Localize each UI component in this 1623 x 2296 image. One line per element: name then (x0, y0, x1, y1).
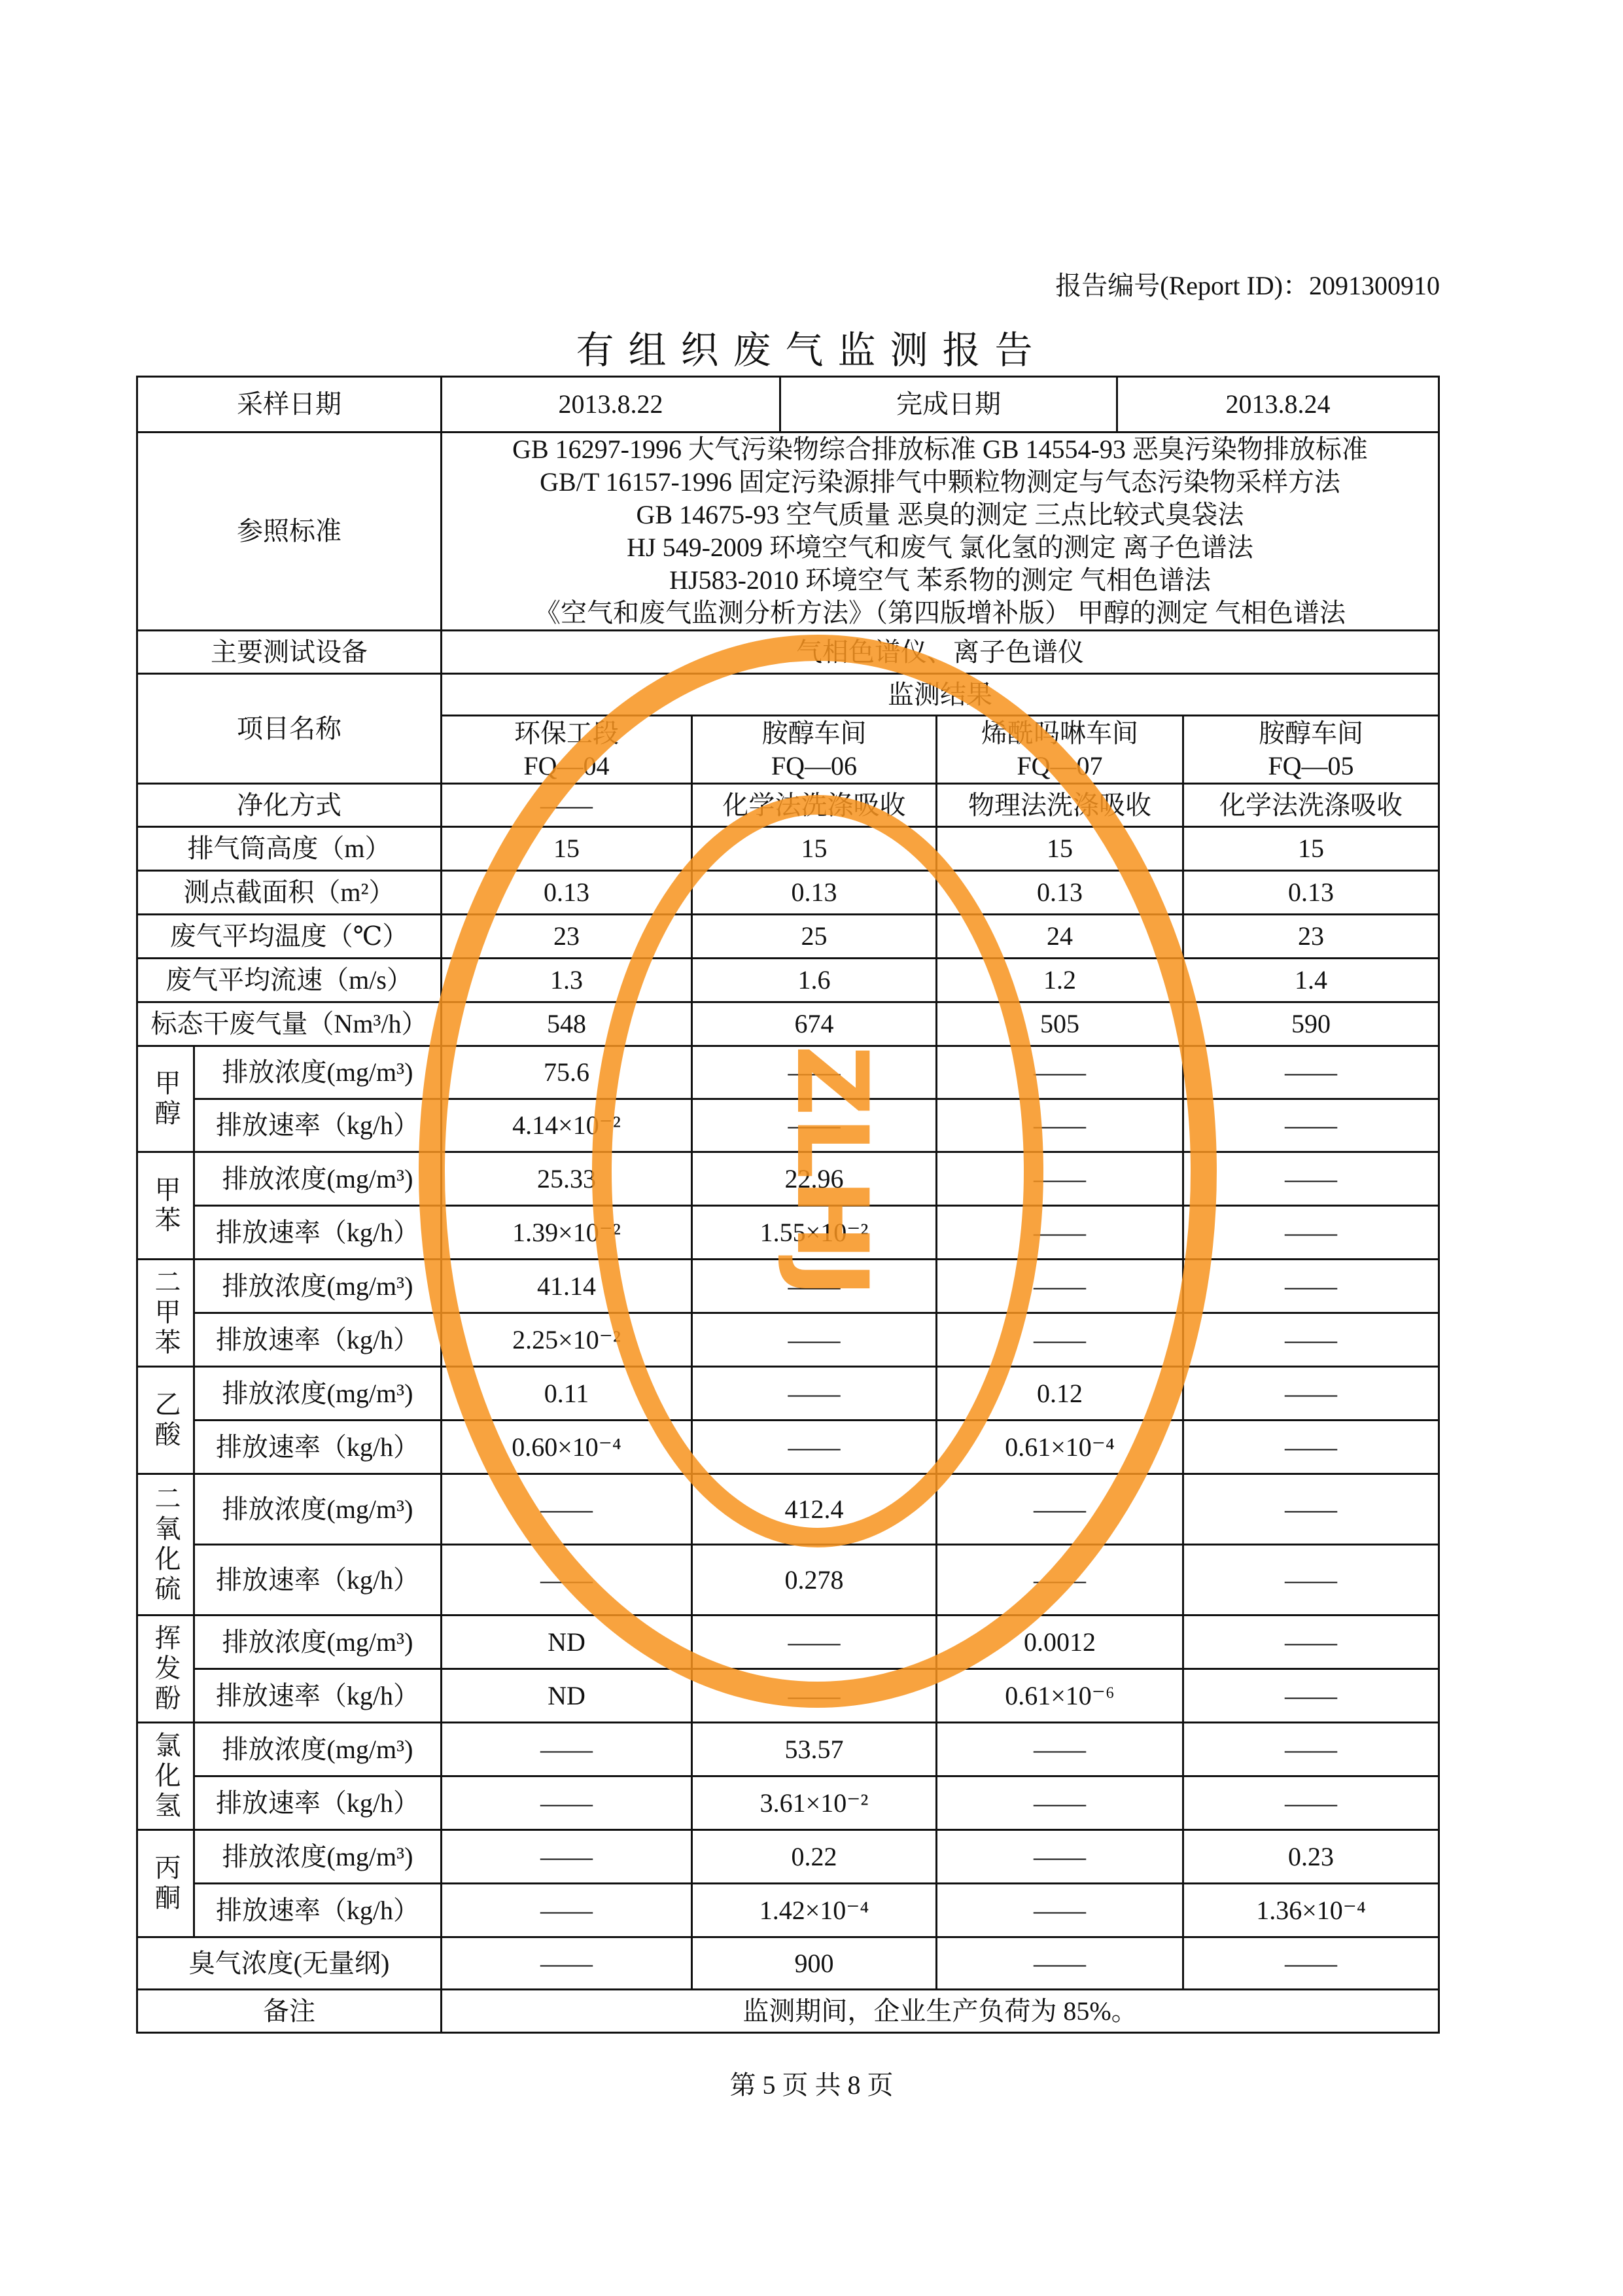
workshop-name: 环保工段 (446, 717, 687, 750)
measure-label: 排放速率（kg/h） (194, 1099, 442, 1152)
value-cell: 化学法洗涤吸收 (692, 784, 937, 827)
value-cell: 0.13 (1183, 871, 1439, 915)
table-row: 甲醇排放浓度(mg/m³)75.6—————— (137, 1046, 1439, 1099)
measure-label: 排放浓度(mg/m³) (194, 1474, 442, 1545)
table-row: 排放速率（kg/h）2.25×10⁻²—————— (137, 1313, 1439, 1367)
table-row: 排放速率（kg/h）4.14×10⁻²—————— (137, 1099, 1439, 1152)
workshop-name: 胺醇车间 (697, 717, 932, 750)
value-cell: 505 (937, 1002, 1183, 1046)
standard-item: GB/T 16157-1996 固定污染源排气中颗粒物测定与气态污染物采样方法 (446, 466, 1434, 499)
standard-item: GB 14675-93 空气质量 恶臭的测定 三点比较式臭袋法 (446, 499, 1434, 531)
value-cell: 1.36×10⁻⁴ (1183, 1884, 1439, 1937)
table-row: 废气平均温度（℃）23252423 (137, 915, 1439, 959)
outlet-code: FQ—05 (1188, 750, 1434, 783)
value-cell: 0.13 (937, 871, 1183, 915)
value-cell: 1.39×10⁻² (442, 1206, 692, 1260)
column-header: 胺醇车间FQ—06 (692, 716, 937, 784)
standards-label: 参照标准 (137, 433, 442, 631)
value-cell: —— (1183, 1046, 1439, 1099)
value-cell: 15 (442, 827, 692, 871)
value-cell: 23 (442, 915, 692, 959)
value-cell: 0.11 (442, 1367, 692, 1421)
value-cell: 0.23 (1183, 1830, 1439, 1884)
value-cell: —— (442, 1937, 692, 1990)
value-cell: 1.42×10⁻⁴ (692, 1884, 937, 1937)
value-cell: —— (442, 784, 692, 827)
value-cell: ND (442, 1669, 692, 1723)
value-cell: —— (442, 1545, 692, 1616)
pollutant-name: 二氧化硫 (137, 1474, 194, 1616)
value-cell: —— (442, 1776, 692, 1830)
value-cell: 1.4 (1183, 959, 1439, 1002)
value-cell: —— (1183, 1313, 1439, 1367)
finish-date-label: 完成日期 (780, 378, 1117, 431)
value-cell: —— (937, 1545, 1183, 1616)
measure-label: 排放浓度(mg/m³) (194, 1723, 442, 1776)
monitoring-report-table: 采样日期 2013.8.22 完成日期 2013.8.24 参照标准 GB 16… (136, 376, 1440, 2034)
value-cell: 41.14 (442, 1260, 692, 1313)
item-name-label: 项目名称 (137, 674, 442, 784)
table-row: 测点截面积（m²）0.130.130.130.13 (137, 871, 1439, 915)
row-label: 测点截面积（m²） (137, 871, 442, 915)
value-cell: —— (692, 1616, 937, 1669)
value-cell: —— (692, 1260, 937, 1313)
value-cell: —— (1183, 1545, 1439, 1616)
value-cell: —— (937, 1206, 1183, 1260)
value-cell: 412.4 (692, 1474, 937, 1545)
value-cell: 0.0012 (937, 1616, 1183, 1669)
standard-item: HJ583-2010 环境空气 苯系物的测定 气相色谱法 (446, 564, 1434, 597)
value-cell: 1.55×10⁻² (692, 1206, 937, 1260)
value-cell: 22.96 (692, 1152, 937, 1206)
page-number: 第 5 页 共 8 页 (0, 2064, 1623, 2102)
value-cell: —— (692, 1046, 937, 1099)
sample-date-label: 采样日期 (137, 377, 442, 433)
value-cell: ND (442, 1616, 692, 1669)
value-cell: 4.14×10⁻² (442, 1099, 692, 1152)
value-cell: 15 (937, 827, 1183, 871)
table-row: 标态干废气量（Nm³/h）548674505590 (137, 1002, 1439, 1046)
row-label: 废气平均温度（℃） (137, 915, 442, 959)
date-row: 采样日期 2013.8.22 完成日期 2013.8.24 (137, 377, 1439, 433)
value-cell: 900 (692, 1937, 937, 1990)
measure-label: 排放速率（kg/h） (194, 1313, 442, 1367)
measure-label: 排放浓度(mg/m³) (194, 1260, 442, 1313)
standard-item: 《空气和废气监测分析方法》（第四版增补版） 甲醇的测定 气相色谱法 (446, 597, 1434, 629)
sample-date: 2013.8.22 (442, 378, 780, 431)
value-cell: 75.6 (442, 1046, 692, 1099)
measure-label: 排放浓度(mg/m³) (194, 1616, 442, 1669)
table-row: 排放速率（kg/h）0.60×10⁻⁴——0.61×10⁻⁴—— (137, 1421, 1439, 1474)
value-cell: —— (442, 1474, 692, 1545)
table-row: 二甲苯排放浓度(mg/m³)41.14—————— (137, 1260, 1439, 1313)
equipment-value: 气相色谱仪、离子色谱仪 (442, 631, 1439, 674)
value-cell: 化学法洗涤吸收 (1183, 784, 1439, 827)
value-cell: 0.22 (692, 1830, 937, 1884)
table-row: 甲苯排放浓度(mg/m³)25.3322.96———— (137, 1152, 1439, 1206)
table-row: 净化方式——化学法洗涤吸收物理法洗涤吸收化学法洗涤吸收 (137, 784, 1439, 827)
table-row: 废气平均流速（m/s）1.31.61.21.4 (137, 959, 1439, 1002)
value-cell: —— (1183, 1367, 1439, 1421)
measure-label: 排放浓度(mg/m³) (194, 1830, 442, 1884)
value-cell: 25 (692, 915, 937, 959)
value-cell: 0.60×10⁻⁴ (442, 1421, 692, 1474)
column-header: 胺醇车间FQ—05 (1183, 716, 1439, 784)
report-id: 报告编号(Report ID)：2091300910 (1055, 265, 1440, 302)
value-cell: —— (937, 1313, 1183, 1367)
value-cell: —— (1183, 1723, 1439, 1776)
workshop-name: 烯酰吗啉车间 (941, 717, 1178, 750)
remark-label: 备注 (137, 1990, 442, 2033)
workshop-name: 胺醇车间 (1188, 717, 1434, 750)
value-cell: 0.61×10⁻⁶ (937, 1669, 1183, 1723)
value-cell: 25.33 (442, 1152, 692, 1206)
value-cell: —— (937, 1776, 1183, 1830)
column-header: 烯酰吗啉车间FQ—07 (937, 716, 1183, 784)
table-row: 排气筒高度（m）15151515 (137, 827, 1439, 871)
measure-label: 排放速率（kg/h） (194, 1776, 442, 1830)
value-cell: 23 (1183, 915, 1439, 959)
value-cell: 1.3 (442, 959, 692, 1002)
table-row: 排放速率（kg/h）ND——0.61×10⁻⁶—— (137, 1669, 1439, 1723)
value-cell: —— (1183, 1152, 1439, 1206)
pollutant-name: 二甲苯 (137, 1260, 194, 1367)
measure-label: 排放浓度(mg/m³) (194, 1367, 442, 1421)
value-cell: —— (937, 1152, 1183, 1206)
table-row: 挥发酚排放浓度(mg/m³)ND——0.0012—— (137, 1616, 1439, 1669)
value-cell: 0.13 (692, 871, 937, 915)
value-cell: —— (1183, 1616, 1439, 1669)
value-cell: —— (692, 1313, 937, 1367)
table-row: 丙酮排放浓度(mg/m³)——0.22——0.23 (137, 1830, 1439, 1884)
pollutant-name: 氯化氢 (137, 1723, 194, 1830)
table-row: 二氧化硫排放浓度(mg/m³)——412.4———— (137, 1474, 1439, 1545)
measure-label: 排放速率（kg/h） (194, 1669, 442, 1723)
value-cell: —— (937, 1884, 1183, 1937)
value-cell: —— (442, 1723, 692, 1776)
measure-label: 排放速率（kg/h） (194, 1206, 442, 1260)
row-label: 标态干废气量（Nm³/h） (137, 1002, 442, 1046)
value-cell: —— (1183, 1260, 1439, 1313)
standards-list: GB 16297-1996 大气污染物综合排放标准 GB 14554-93 恶臭… (442, 433, 1439, 631)
row-label: 净化方式 (137, 784, 442, 827)
value-cell: 物理法洗涤吸收 (937, 784, 1183, 827)
pollutant-name: 甲苯 (137, 1152, 194, 1260)
standards-row: 参照标准 GB 16297-1996 大气污染物综合排放标准 GB 14554-… (137, 433, 1439, 631)
pollutant-name: 乙酸 (137, 1367, 194, 1474)
row-label: 臭气浓度(无量纲) (137, 1937, 442, 1990)
value-cell: 1.6 (692, 959, 937, 1002)
value-cell: 3.61×10⁻² (692, 1776, 937, 1830)
remark-value: 监测期间，企业生产负荷为 85%。 (442, 1990, 1439, 2033)
pollutant-name: 挥发酚 (137, 1616, 194, 1723)
value-cell: 0.12 (937, 1367, 1183, 1421)
value-cell: —— (1183, 1776, 1439, 1830)
value-cell: 53.57 (692, 1723, 937, 1776)
table-row: 排放速率（kg/h）——3.61×10⁻²———— (137, 1776, 1439, 1830)
value-cell: —— (1183, 1474, 1439, 1545)
value-cell: 548 (442, 1002, 692, 1046)
measure-label: 排放速率（kg/h） (194, 1421, 442, 1474)
value-cell: —— (692, 1669, 937, 1723)
measure-label: 排放速率（kg/h） (194, 1884, 442, 1937)
outlet-code: FQ—04 (446, 750, 687, 783)
value-cell: —— (692, 1367, 937, 1421)
table-row: 氯化氢排放浓度(mg/m³)——53.57———— (137, 1723, 1439, 1776)
value-cell: 0.13 (442, 871, 692, 915)
value-cell: —— (937, 1260, 1183, 1313)
measure-label: 排放速率（kg/h） (194, 1545, 442, 1616)
standard-item: GB 16297-1996 大气污染物综合排放标准 GB 14554-93 恶臭… (446, 433, 1434, 466)
column-header: 环保工段FQ—04 (442, 716, 692, 784)
equipment-row: 主要测试设备 气相色谱仪、离子色谱仪 (137, 631, 1439, 674)
outlet-code: FQ—07 (941, 750, 1178, 783)
standard-item: HJ 549-2009 环境空气和废气 氯化氢的测定 离子色谱法 (446, 531, 1434, 564)
value-cell: —— (937, 1099, 1183, 1152)
table-row: 排放速率（kg/h）——0.278———— (137, 1545, 1439, 1616)
value-cell: —— (442, 1884, 692, 1937)
value-cell: 0.278 (692, 1545, 937, 1616)
page-title: 有组织废气监测报告 (0, 319, 1623, 374)
value-cell: —— (692, 1421, 937, 1474)
value-cell: —— (937, 1474, 1183, 1545)
value-cell: —— (937, 1046, 1183, 1099)
value-cell: 674 (692, 1002, 937, 1046)
value-cell: 24 (937, 915, 1183, 959)
value-cell: 590 (1183, 1002, 1439, 1046)
value-cell: 1.2 (937, 959, 1183, 1002)
pollutant-name: 丙酮 (137, 1830, 194, 1937)
table-row: 乙酸排放浓度(mg/m³)0.11——0.12—— (137, 1367, 1439, 1421)
row-label: 废气平均流速（m/s） (137, 959, 442, 1002)
value-cell: —— (442, 1830, 692, 1884)
outlet-code: FQ—06 (697, 750, 932, 783)
value-cell: —— (1183, 1669, 1439, 1723)
value-cell: 15 (1183, 827, 1439, 871)
measure-label: 排放浓度(mg/m³) (194, 1046, 442, 1099)
table-row: 排放速率（kg/h）1.39×10⁻²1.55×10⁻²———— (137, 1206, 1439, 1260)
value-cell: —— (937, 1830, 1183, 1884)
results-label: 监测结果 (442, 674, 1439, 716)
odor-row: 臭气浓度(无量纲)——900———— (137, 1937, 1439, 1990)
row-label: 排气筒高度（m） (137, 827, 442, 871)
value-cell: 0.61×10⁻⁴ (937, 1421, 1183, 1474)
value-cell: —— (937, 1937, 1183, 1990)
value-cell: —— (1183, 1421, 1439, 1474)
value-cell: 2.25×10⁻² (442, 1313, 692, 1367)
remark-row: 备注监测期间，企业生产负荷为 85%。 (137, 1990, 1439, 2033)
value-cell: —— (692, 1099, 937, 1152)
value-cell: —— (1183, 1099, 1439, 1152)
finish-date: 2013.8.24 (1117, 378, 1439, 431)
equipment-label: 主要测试设备 (137, 631, 442, 674)
measure-label: 排放浓度(mg/m³) (194, 1152, 442, 1206)
pollutant-name: 甲醇 (137, 1046, 194, 1152)
value-cell: —— (937, 1723, 1183, 1776)
value-cell: —— (1183, 1206, 1439, 1260)
value-cell: —— (1183, 1937, 1439, 1990)
value-cell: 15 (692, 827, 937, 871)
table-row: 排放速率（kg/h）——1.42×10⁻⁴——1.36×10⁻⁴ (137, 1884, 1439, 1937)
